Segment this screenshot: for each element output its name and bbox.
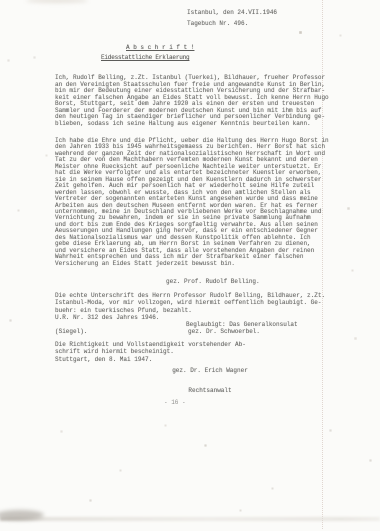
document-subtitle: Eidesstattliche Erklaerung — [101, 55, 189, 62]
document-title: A b s c h r i f t ! — [126, 45, 194, 52]
certifier-signature-name: gez. Dr. Erich Wagner — [172, 367, 248, 374]
affidavit-paragraph-1: Ich, Rudolf Belling, z.Zt. Istanbul (Tue… — [55, 75, 335, 127]
seal-note: (Siegel). — [55, 329, 87, 336]
deponent-signature-line: gez. Prof. Rudolf Belling. — [166, 279, 260, 286]
page-number: - 16 - — [164, 400, 186, 407]
typewritten-text-layer: Istanbul, den 24.VII.1946 Tagebuch Nr. 4… — [0, 0, 380, 531]
header-journal-number: Tagebuch Nr. 496. — [187, 21, 248, 28]
certification-paragraph: Die Richtigkeit und Vollstaendigkeit vor… — [55, 341, 335, 363]
scanned-document-page: Istanbul, den 24.VII.1946 Tagebuch Nr. 4… — [0, 0, 380, 531]
consul-signature-line: gez. Dr. Schwoerbel. — [188, 329, 260, 336]
header-place-date: Istanbul, den 24.VII.1946 — [187, 10, 277, 17]
notarization-paragraph: Die echte Unterschrift des Herrn Profess… — [55, 292, 335, 321]
affidavit-paragraph-2: Ich habe die Ehre und die Pflicht, ueber… — [55, 138, 335, 267]
certifier-signature-title: Rechtsanwalt — [188, 387, 231, 394]
certifier-signature-block: gez. Dr. Erich Wagner Rechtsanwalt — [167, 361, 253, 395]
